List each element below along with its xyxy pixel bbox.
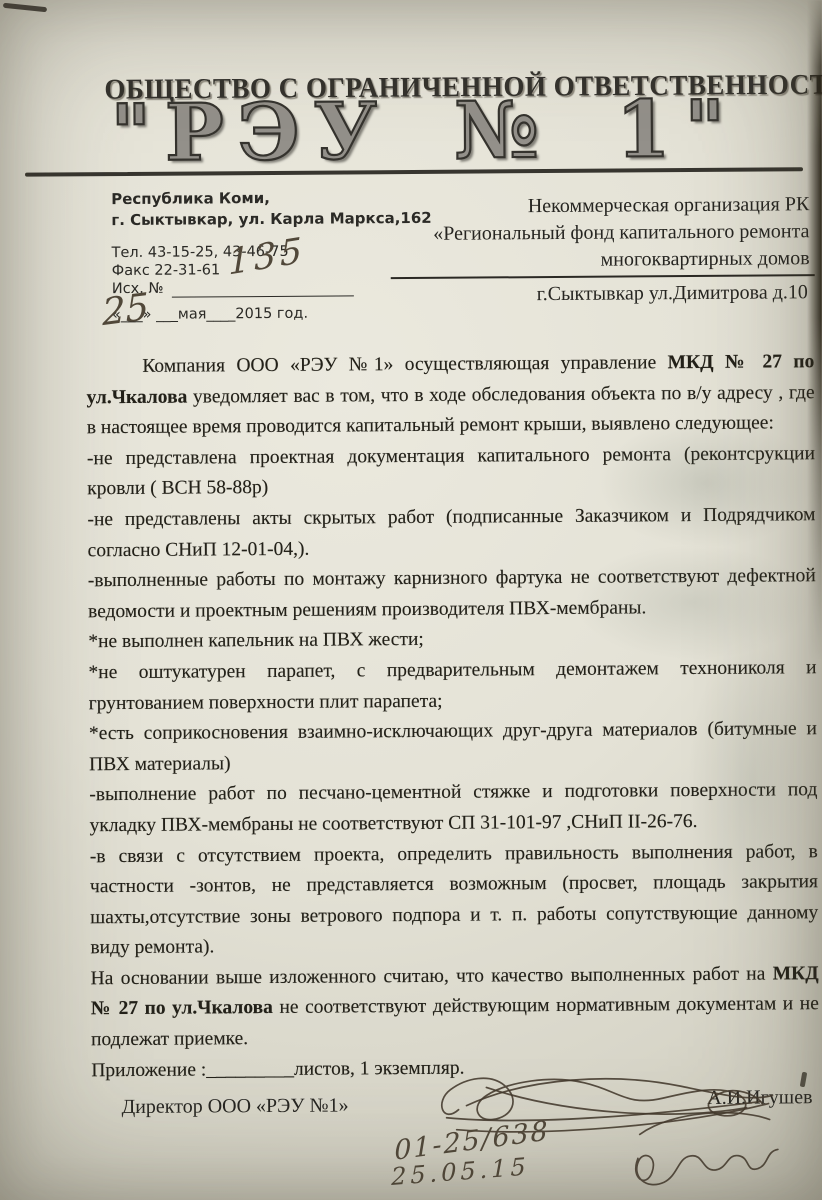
recipient-line-3: многоквартирных домов — [370, 245, 810, 275]
defect-item: *не оштукатурен парапет, с предварительн… — [88, 653, 816, 719]
outgoing-number-line: Исх. № — [112, 278, 432, 298]
letter-date-line: «___» ___мая____2015 год. — [112, 303, 432, 325]
intro-text-rest: уведомляет вас в том, что в ходе обследо… — [87, 382, 815, 439]
letter-body: Компания ООО «РЭУ №1» осуществляющая упр… — [86, 347, 819, 1086]
scanned-letter-photo: ОБЩЕСТВО С ОГРАНИЧЕННОЙ ОТВЕТСТВЕННОСТЬЮ… — [0, 0, 822, 1200]
defect-item: -не представлены акты скрытых работ (под… — [87, 500, 815, 566]
defect-item: *есть соприкосновения взаимно-исключающи… — [89, 714, 817, 780]
letterhead-org-name-logo: "РЭУ № 1" — [48, 83, 801, 179]
outgoing-number-blank — [172, 295, 354, 297]
recipient-underline — [391, 274, 815, 279]
recipient-line-2: «Региональный фонд капитального ремонта — [369, 218, 809, 248]
body-intro-paragraph: Компания ООО «РЭУ №1» осуществляющая упр… — [86, 347, 815, 444]
defect-item: -выполнение работ по песчано-цементной с… — [89, 775, 817, 841]
secondary-signature-scribble — [615, 1099, 796, 1195]
photo-edge-shadow — [807, 0, 822, 660]
defect-items-list: -не представлена проектная документация … — [87, 439, 819, 964]
intro-text-start: Компания ООО «РЭУ №1» осуществляющая упр… — [142, 352, 667, 377]
recipient-block: Некоммерческая организация РК «Региональ… — [369, 191, 810, 275]
defect-item: *не выполнен капельник на ПВХ жести; — [88, 623, 816, 659]
handwritten-day: 25 — [102, 285, 150, 334]
recipient-line-1: Некоммерческая организация РК — [369, 191, 809, 221]
conclusion-text-start: На основании выше изложенного считаю, чт… — [91, 963, 773, 989]
letter-content: ОБЩЕСТВО С ОГРАНИЧЕННОЙ ОТВЕТСТВЕННОСТЬЮ… — [0, 0, 822, 1200]
defect-item: -не представлена проектная документация … — [87, 439, 815, 505]
recipient-city-line: г.Сыктывкар ул.Димитрова д.10 — [537, 281, 808, 306]
director-title: Директор ООО «РЭУ №1» — [121, 1094, 348, 1119]
defect-item: -выполненные работы по монтажу карнизног… — [88, 561, 816, 627]
defect-item: -в связи с отсутствием проекта, определи… — [90, 837, 819, 964]
conclusion-paragraph: На основании выше изложенного считаю, чт… — [91, 959, 820, 1056]
